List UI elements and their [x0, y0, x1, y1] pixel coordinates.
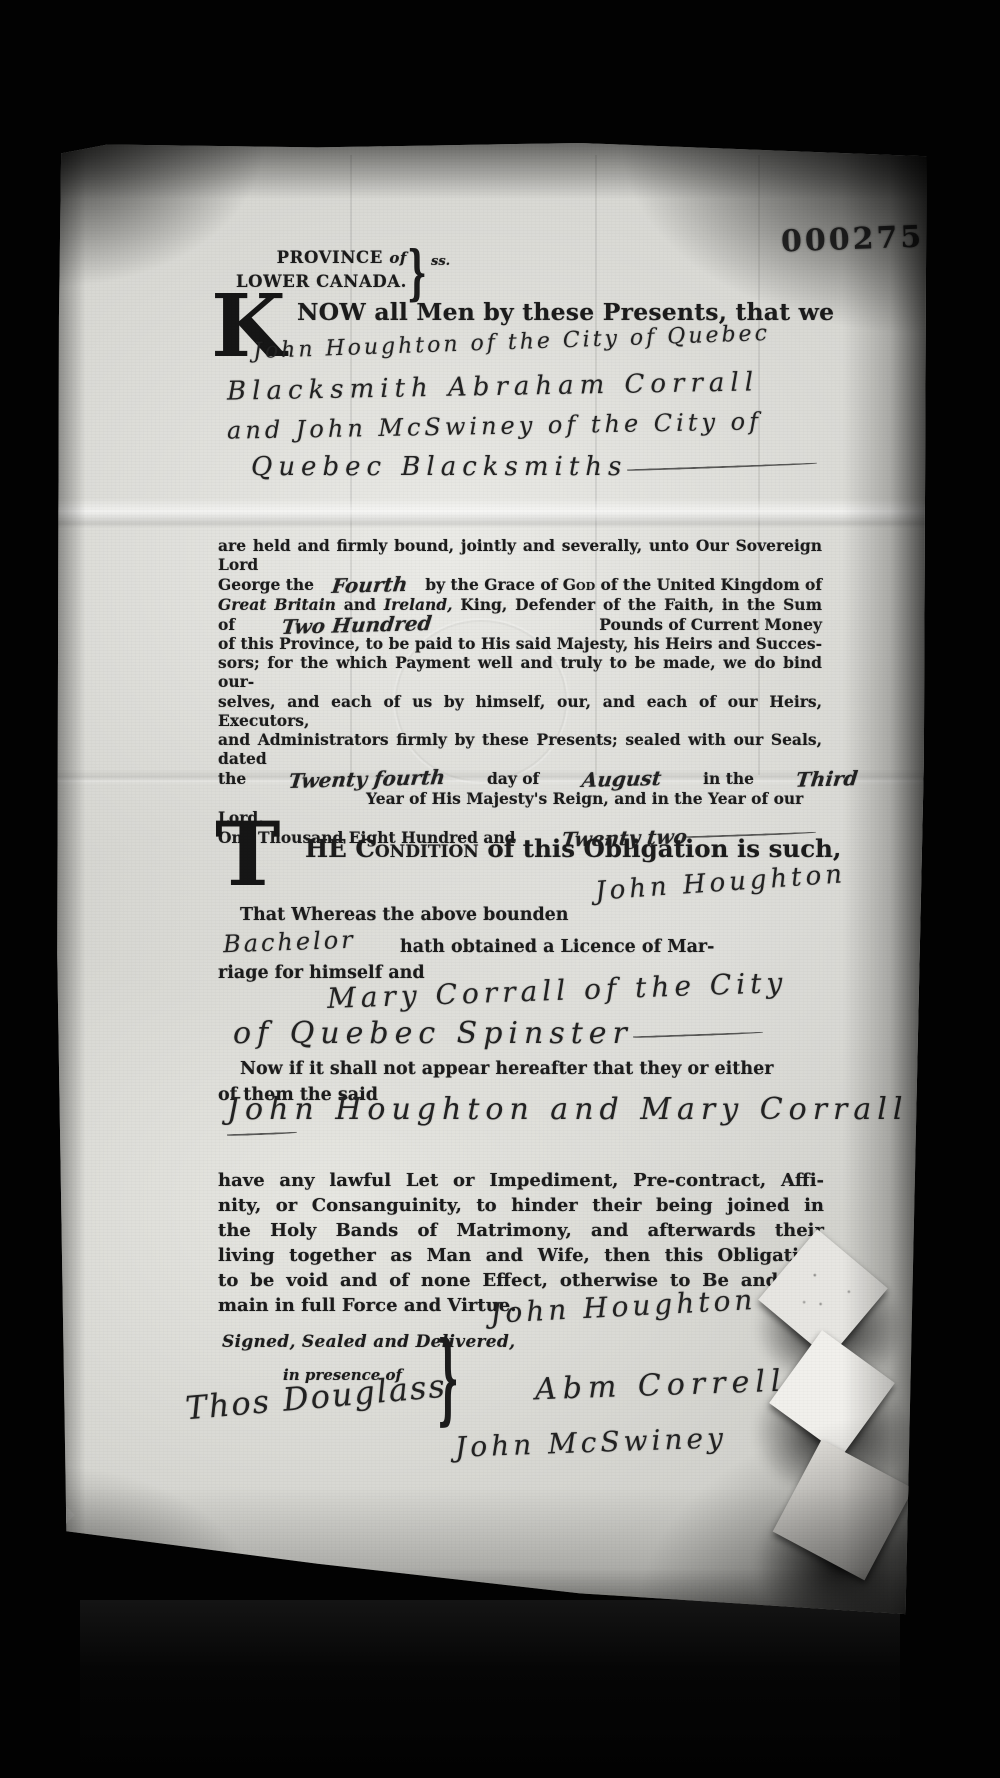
signature-obligor-3: John McSwiney	[455, 1421, 728, 1463]
handwritten-obligor-line: Blacksmith Abraham Corrall	[227, 367, 760, 406]
handwritten-day: Twenty fourth	[287, 768, 446, 791]
pen-flourish	[633, 1032, 763, 1039]
paper-corner-notch	[49, 1502, 74, 1527]
condition-line: have any lawful Let or Impediment, Pre-c…	[218, 1168, 824, 1193]
condition-line: living together as Man and Wife, then th…	[218, 1243, 824, 1268]
jurisdiction-ss: ss.	[431, 254, 450, 269]
bond-line: Great Britain and Ireland, King, Defende…	[218, 595, 822, 614]
condition-dropcap: T	[215, 818, 280, 890]
signature-obligor-2: Abm Correll	[534, 1364, 787, 1408]
bond-line: are held and firmly bound, jointly and s…	[218, 536, 822, 574]
bond-line: the Twenty fourth day of August in the T…	[218, 768, 822, 788]
document-page: PROVINCE of LOWER CANADA. } ss. 000275 K…	[55, 140, 930, 1620]
bond-clause: are held and firmly bound, jointly and s…	[218, 536, 822, 847]
pen-flourish	[227, 1132, 297, 1136]
condition-line: That Whereas the above bounden	[240, 904, 569, 927]
handwritten-obligor-line: Quebec Blacksmiths	[251, 452, 817, 482]
bond-line: George the Fourth by the Grace of God of…	[218, 574, 822, 594]
bond-line: sors; for the which Payment well and tru…	[218, 653, 822, 691]
condition-line: nity, or Consanguinity, to hinder their …	[218, 1193, 824, 1218]
condition-line: the Holy Bands of Matrimony, and afterwa…	[218, 1218, 824, 1243]
bond-line: Year of His Majesty's Reign, and in the …	[218, 789, 822, 827]
handwritten-bride-line: of Quebec Spinster	[233, 1016, 763, 1051]
handwritten-regnal-name: Fourth	[331, 575, 409, 596]
province-line-1: PROVINCE of	[193, 246, 407, 270]
handwritten-couple-names: John Houghton and Mary Corrall	[227, 1092, 930, 1146]
serial-number-stamp: 000275	[780, 220, 924, 260]
condition-heading: HE Condition of this Obligation is such,	[305, 834, 841, 863]
pen-flourish	[627, 463, 817, 472]
bond-line: and Administrators firmly by these Prese…	[218, 730, 822, 768]
handwritten-regnal-year: Third	[795, 770, 859, 791]
fold-crease-horizontal	[55, 498, 930, 528]
scan-background: PROVINCE of LOWER CANADA. } ss. 000275 K…	[0, 0, 1000, 1778]
handwritten-status: Bachelor	[223, 926, 357, 959]
handwritten-month: August	[580, 769, 662, 790]
attestation-line-1: Signed, Sealed and Delivered,	[222, 1332, 515, 1352]
handwritten-bounden-name: John Houghton	[594, 859, 847, 906]
condition-line: Now if it shall not appear hereafter tha…	[240, 1058, 773, 1081]
handwritten-sum: Two Hundred	[281, 614, 433, 637]
handwritten-obligor-line: John Houghton of the City of Quebec	[253, 321, 771, 364]
handwritten-obligor-line: and John McSwiney of the City of	[227, 407, 762, 444]
condition-line: hath obtained a Licence of Mar-	[400, 936, 714, 959]
bond-line: of Two Hundred Pounds of Current Money	[218, 614, 822, 634]
bond-line: selves, and each of us by himself, our, …	[218, 692, 822, 730]
scanner-bed-shadow	[80, 1600, 900, 1778]
